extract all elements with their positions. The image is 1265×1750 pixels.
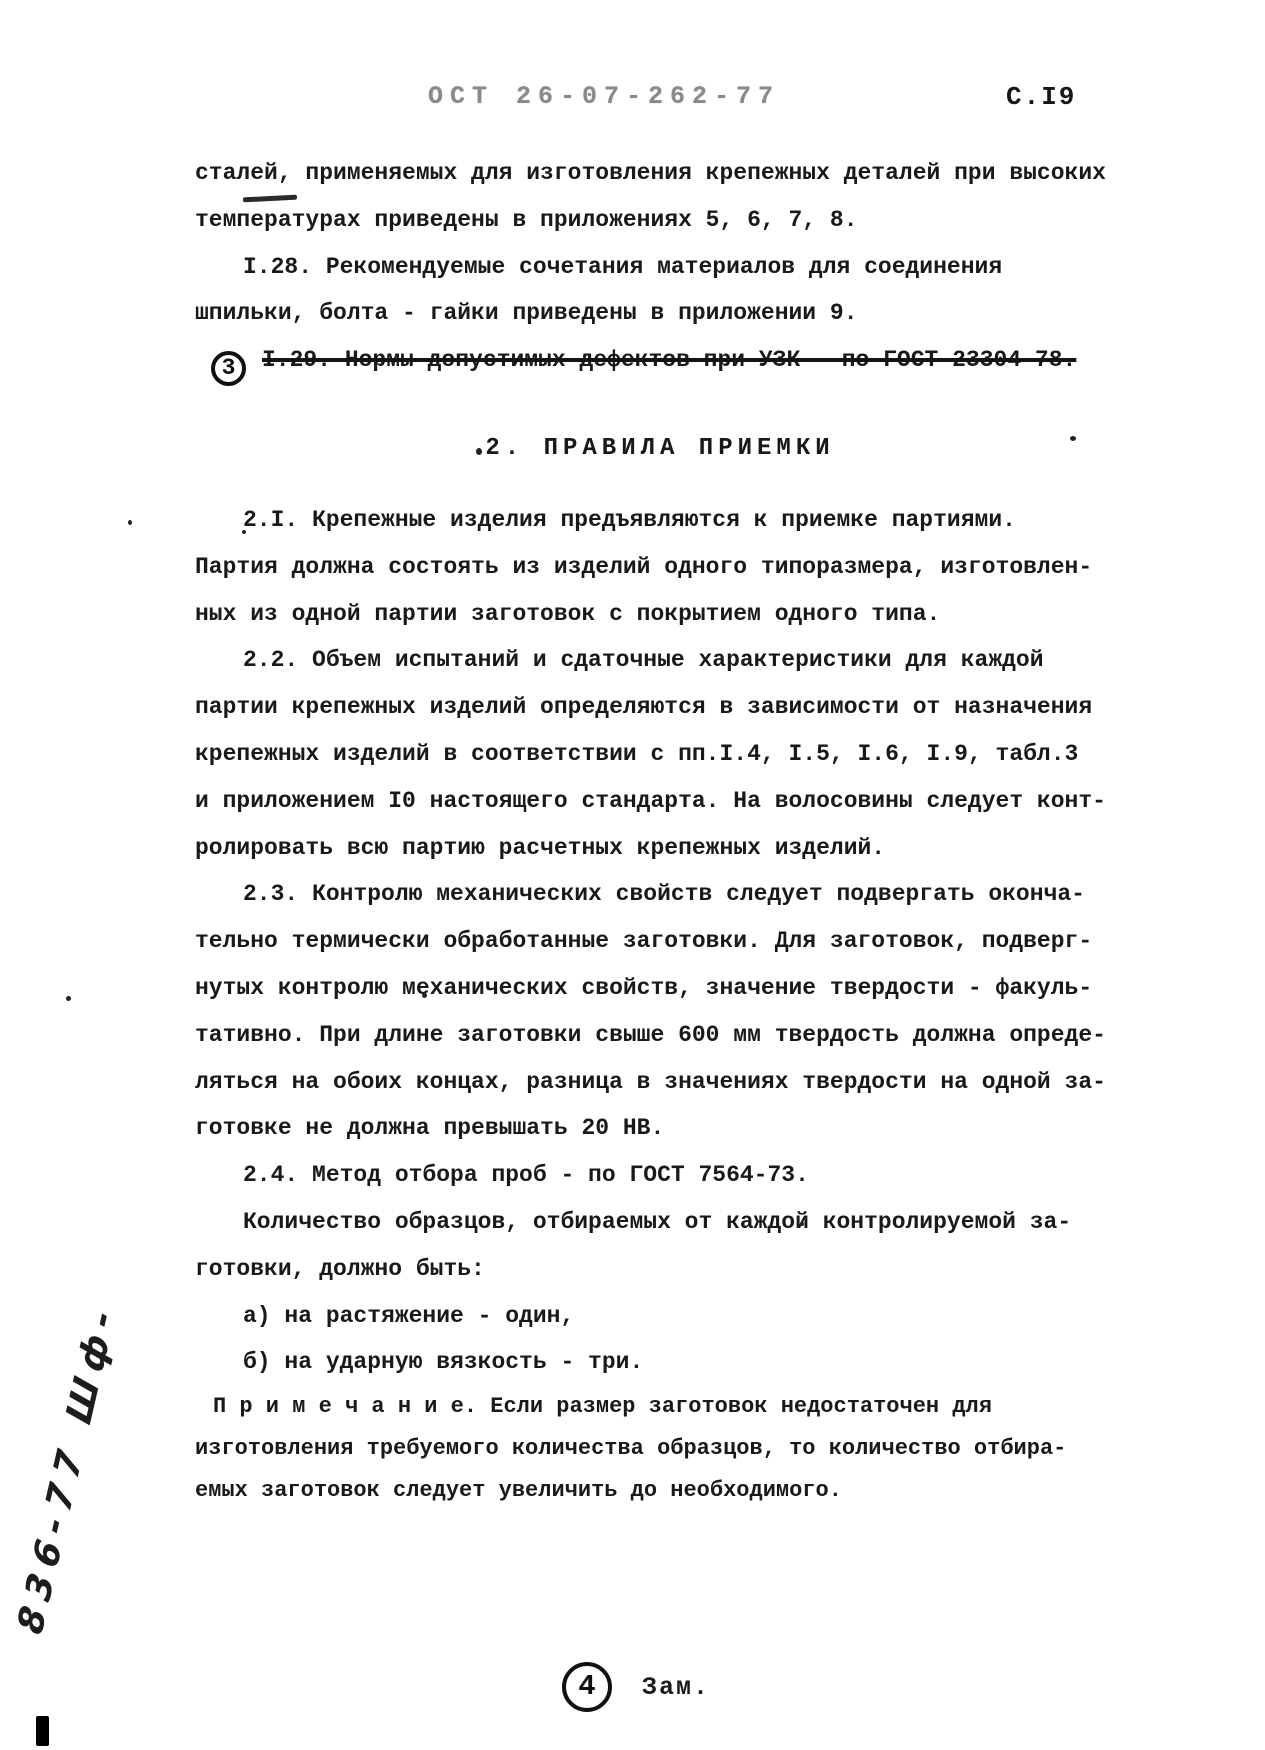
ink-speck <box>66 996 71 1001</box>
line-text: и приложением I0 настоящего стандарта. Н… <box>195 788 1106 814</box>
line-text: ролировать всю партию расчетных крепежны… <box>195 835 885 861</box>
change-marker-circle: 3 <box>211 351 246 386</box>
line-text: температурах приведены в приложениях 5, … <box>195 207 858 233</box>
text-line: тативно. При длине заготовки свыше 600 м… <box>195 1012 1125 1059</box>
line-text: готовки, должно быть: <box>195 1256 485 1282</box>
text-line: б) на ударную вязкость - три. <box>195 1339 1125 1386</box>
text-line: нутых контролю механических свойств, зна… <box>195 965 1125 1012</box>
note-line: емых заготовок следует увеличить до необ… <box>195 1470 1125 1512</box>
line-text: готовке не должна превышать 20 НВ. <box>195 1115 664 1141</box>
text-line: тельно термически обработанные заготовки… <box>195 918 1125 965</box>
line-text: Партия должна состоять из изделий одного… <box>195 554 1092 580</box>
text-line: I.28. Рекомендуемые сочетания материалов… <box>195 244 1125 291</box>
text-line: партии крепежных изделий определяются в … <box>195 684 1125 731</box>
line-text: 2.2. Объем испытаний и сдаточные характе… <box>243 647 1044 673</box>
ink-speck <box>128 520 132 525</box>
line-text: сталей, применяемых для изготовления кре… <box>195 160 1106 186</box>
text-line: температурах приведены в приложениях 5, … <box>195 197 1125 244</box>
text-line: ных из одной партии заготовок с покрытие… <box>195 591 1125 638</box>
text-line: Партия должна состоять из изделий одного… <box>195 544 1125 591</box>
line-text: П р и м е ч а н и е. Если размер заготов… <box>213 1394 992 1419</box>
text-line: сталей, применяемых для изготовления кре… <box>195 150 1125 197</box>
text-line: 2.4. Метод отбора проб - по ГОСТ 7564-73… <box>195 1152 1125 1199</box>
line-text: тативно. При длине заготовки свыше 600 м… <box>195 1022 1106 1048</box>
scanned-document-page: ОСТ 26-07-262-77 С.I9 сталей, применяемы… <box>0 0 1265 1750</box>
ink-speck <box>800 1222 804 1226</box>
line-text: б) на ударную вязкость - три. <box>243 1349 643 1375</box>
line-text: а) на растяжение - один, <box>243 1303 574 1329</box>
line-text: ных из одной партии заготовок с покрытие… <box>195 601 940 627</box>
scan-corner-mark <box>36 1716 49 1746</box>
section-heading: 2. ПРАВИЛА ПРИЕМКИ <box>195 426 1125 473</box>
line-text: I.29. Нормы допустимых дефектов при УЗК … <box>262 347 1076 373</box>
line-text: шпильки, болта - гайки приведены в прило… <box>195 300 858 326</box>
line-text: крепежных изделий в соответствии с пп.I.… <box>195 741 1078 767</box>
note-line: изготовления требуемого количества образ… <box>195 1428 1125 1470</box>
text-line: ляться на обоих концах, разница в значен… <box>195 1059 1125 1106</box>
document-number: ОСТ 26-07-262-77 <box>428 82 780 111</box>
handwritten-margin-note: 836-77 Шф- <box>11 1297 126 1640</box>
revision-number-circle: 4 <box>562 1662 612 1712</box>
line-text: емых заготовок следует увеличить до необ… <box>195 1478 842 1503</box>
document-body: сталей, применяемых для изготовления кре… <box>195 150 1125 1512</box>
text-line: и приложением I0 настоящего стандарта. Н… <box>195 778 1125 825</box>
text-line: шпильки, болта - гайки приведены в прило… <box>195 290 1125 337</box>
text-line: Количество образцов, отбираемых от каждо… <box>195 1199 1125 1246</box>
text-line: 2.2. Объем испытаний и сдаточные характе… <box>195 637 1125 684</box>
ink-speck <box>242 530 246 534</box>
line-text: тельно термически обработанные заготовки… <box>195 928 1092 954</box>
text-line: крепежных изделий в соответствии с пп.I.… <box>195 731 1125 778</box>
line-text: 2.4. Метод отбора проб - по ГОСТ 7564-73… <box>243 1162 809 1188</box>
ink-speck <box>1070 436 1076 441</box>
text-line: ролировать всю партию расчетных крепежны… <box>195 825 1125 872</box>
struck-out-line: 3I.29. Нормы допустимых дефектов при УЗК… <box>195 337 1125 386</box>
revision-footer: 4 Зам. <box>562 1662 710 1712</box>
page-number: С.I9 <box>1006 82 1076 112</box>
ink-speck <box>422 993 427 998</box>
line-text: I.28. Рекомендуемые сочетания материалов… <box>243 254 1002 280</box>
line-text: партии крепежных изделий определяются в … <box>195 694 1092 720</box>
line-text: 2.3. Контролю механических свойств следу… <box>243 881 1085 907</box>
line-text: изготовления требуемого количества образ… <box>195 1436 1066 1461</box>
revision-label: Зам. <box>642 1673 710 1702</box>
line-text: Количество образцов, отбираемых от каждо… <box>243 1209 1071 1235</box>
text-line: а) на растяжение - один, <box>195 1293 1125 1340</box>
note-line: П р и м е ч а н и е. Если размер заготов… <box>195 1386 1125 1428</box>
line-text: нутых контролю механических свойств, зна… <box>195 975 1092 1001</box>
line-text: 2.I. Крепежные изделия предъявляются к п… <box>243 507 1016 533</box>
text-line: 2.I. Крепежные изделия предъявляются к п… <box>195 497 1125 544</box>
line-text: 2. ПРАВИЛА ПРИЕМКИ <box>485 435 834 462</box>
text-line: готовке не должна превышать 20 НВ. <box>195 1105 1125 1152</box>
text-line: готовки, должно быть: <box>195 1246 1125 1293</box>
ink-speck <box>476 448 482 455</box>
text-line: 2.3. Контролю механических свойств следу… <box>195 871 1125 918</box>
line-text: ляться на обоих концах, разница в значен… <box>195 1069 1106 1095</box>
